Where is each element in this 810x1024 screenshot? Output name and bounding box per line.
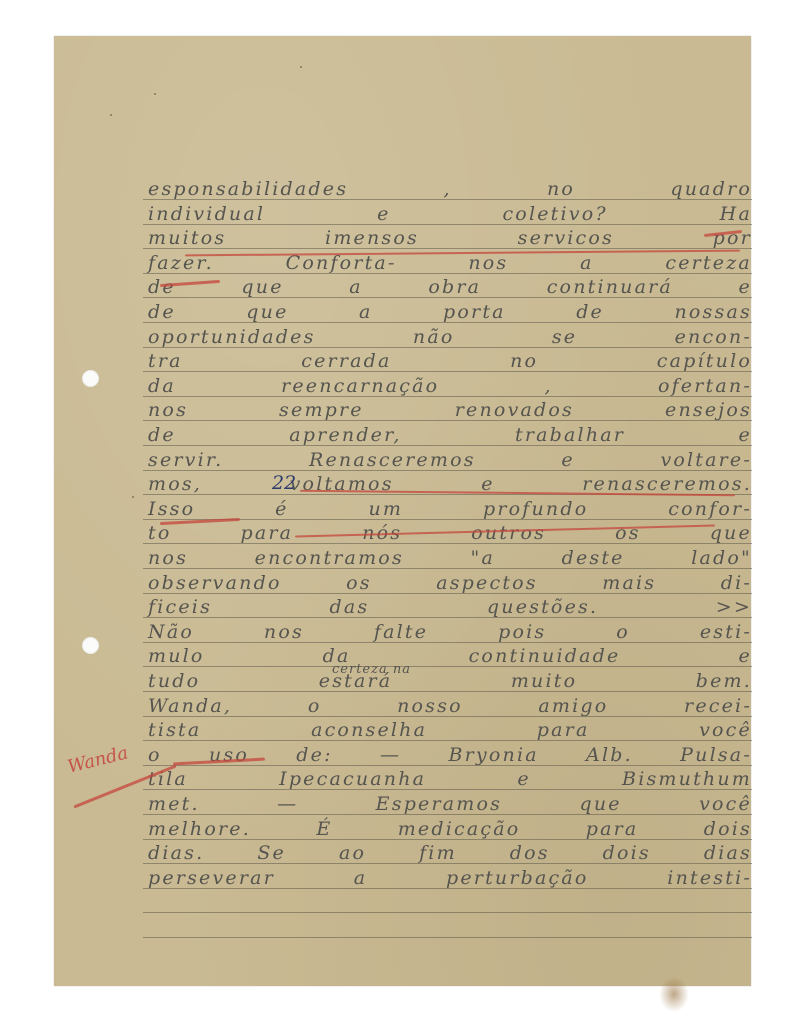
word: tudo — [148, 669, 200, 693]
word: nos — [148, 398, 188, 422]
word: é — [275, 497, 288, 521]
word: — — [380, 743, 401, 767]
word: bem. — [696, 669, 752, 693]
word: muitos — [148, 226, 226, 250]
word: outros — [471, 521, 546, 545]
text-line: tracerradanocapítulo — [148, 349, 752, 373]
word: no — [510, 349, 538, 373]
word: esti- — [700, 620, 752, 644]
word: tista — [148, 718, 201, 742]
text-line: nosencontramos"adestelado" — [148, 546, 752, 570]
word: — — [277, 792, 298, 816]
word: os — [615, 521, 641, 545]
word: Renasceremos — [309, 448, 476, 472]
text-line: tilaIpecacuanhaeBismuthum — [148, 767, 752, 791]
word: intesti- — [667, 866, 752, 890]
word: de — [148, 300, 176, 324]
word: amigo — [538, 694, 608, 718]
word: a — [359, 300, 373, 324]
text-line: tistaaconselhaparavocê — [148, 718, 752, 742]
word: de — [148, 423, 176, 447]
word: Isso — [148, 497, 195, 521]
word: perturbação — [446, 866, 589, 890]
word: sempre — [279, 398, 364, 422]
word: quadro — [670, 177, 752, 201]
word: o — [616, 620, 630, 644]
interlinear-note: certeza na — [332, 662, 411, 677]
text-line: tudoestarámuitobem. — [148, 669, 752, 693]
text-line: observandoosaspectosmaisdi- — [148, 571, 752, 595]
word: recei- — [684, 694, 752, 718]
word: servir. — [148, 448, 223, 472]
word: da — [148, 374, 176, 398]
word: e — [561, 448, 574, 472]
word: obra — [428, 275, 481, 299]
text-line: individualecoletivo?Ha — [148, 202, 752, 226]
word: Bismuthum — [622, 767, 752, 791]
word: deste — [562, 546, 625, 570]
blue-ink-mark: 22 — [272, 472, 296, 494]
text-line: nossemprerenovadosensejos — [148, 398, 752, 422]
word: pois — [498, 620, 546, 644]
word: cerrada — [301, 349, 391, 373]
word: >> — [716, 595, 752, 619]
word: dias — [704, 841, 752, 865]
word: a — [349, 275, 363, 299]
word: , — [545, 374, 553, 398]
word: os — [346, 571, 372, 595]
word: trabalhar — [515, 423, 625, 447]
punch-hole-top — [82, 370, 99, 387]
word: dias. — [148, 841, 204, 865]
text-line: dequeaobracontinuaráe — [148, 275, 752, 299]
text-line: servir.Renasceremosevoltare- — [148, 448, 752, 472]
word: falte — [374, 620, 428, 644]
word: para — [537, 718, 590, 742]
word: que — [241, 275, 283, 299]
word: profundo — [483, 497, 588, 521]
word: "a — [471, 546, 495, 570]
word: você — [699, 792, 752, 816]
word: de — [148, 275, 176, 299]
word: ao — [339, 841, 366, 865]
word: melhore. — [148, 817, 251, 841]
word: observando — [148, 571, 282, 595]
word: mos, — [148, 472, 202, 496]
text-line: perseveraraperturbaçãointesti- — [148, 866, 752, 890]
word: ofertan- — [658, 374, 752, 398]
word: por — [713, 226, 752, 250]
word: dos — [510, 841, 550, 865]
word: fim — [419, 841, 457, 865]
word: individual — [148, 202, 265, 226]
text-line: ficeisdasquestões.>> — [148, 595, 752, 619]
word: para — [586, 817, 639, 841]
punch-hole-bottom — [82, 637, 99, 654]
word: tra — [148, 349, 183, 373]
word: e — [739, 644, 752, 668]
text-line: deaprender,trabalhare — [148, 423, 752, 447]
paper-speck — [154, 93, 156, 95]
word: voltare- — [660, 448, 752, 472]
word: no — [547, 177, 575, 201]
text-line: esponsabilidades,noquadro — [148, 177, 752, 201]
word: capítulo — [657, 349, 752, 373]
word: esponsabilidades — [148, 177, 348, 201]
text-line: melhore.Émedicaçãoparadois — [148, 817, 752, 841]
word: coletivo? — [502, 202, 607, 226]
word: Ipecacuanha — [279, 767, 426, 791]
word: e — [739, 275, 752, 299]
word: e — [739, 423, 752, 447]
word: imensos — [325, 226, 419, 250]
word: reencarnação — [281, 374, 439, 398]
word: nos — [148, 546, 188, 570]
word: Ha — [720, 202, 752, 226]
word: di- — [721, 571, 752, 595]
word: to — [148, 521, 171, 545]
word: Wanda, — [148, 694, 232, 718]
word: a — [580, 251, 594, 275]
word: que — [246, 300, 288, 324]
word: oportunidades — [148, 325, 316, 349]
word: questões. — [487, 595, 598, 619]
word: mais — [602, 571, 656, 595]
word: confor- — [668, 497, 752, 521]
word: medicação — [398, 817, 521, 841]
word: o — [148, 743, 162, 767]
word: servicos — [518, 226, 614, 250]
word: nos — [264, 620, 304, 644]
word: lado" — [691, 546, 752, 570]
paper-speck — [132, 496, 134, 498]
word: dois — [704, 817, 752, 841]
word: e — [517, 767, 530, 791]
word: a — [354, 866, 368, 890]
word: que — [579, 792, 621, 816]
word: Bryonia — [448, 743, 538, 767]
text-line: mulodacontinuidadee — [148, 644, 752, 668]
word: para — [241, 521, 294, 545]
word: muito — [511, 669, 577, 693]
paper-stain — [659, 976, 689, 1012]
word: um — [368, 497, 403, 521]
word: encontramos — [255, 546, 404, 570]
text-line: Nãonosfaltepoisoesti- — [148, 620, 752, 644]
word: É — [316, 817, 332, 841]
word: e — [377, 202, 390, 226]
text-line: Wanda,onossoamigorecei- — [148, 694, 752, 718]
word: certeza — [665, 251, 752, 275]
word: o — [308, 694, 322, 718]
word: nosso — [397, 694, 463, 718]
word: perseverar — [148, 866, 275, 890]
word: ficeis — [148, 595, 212, 619]
text-line: dareencarnação,ofertan- — [148, 374, 752, 398]
text-line: met.—Esperamosquevocê — [148, 792, 752, 816]
word: das — [330, 595, 370, 619]
word: Não — [148, 620, 194, 644]
text-line: dias.Seaofimdosdoisdias — [148, 841, 752, 865]
word: continuidade — [469, 644, 621, 668]
paper-speck — [300, 66, 302, 68]
word: renovados — [455, 398, 574, 422]
word: continuará — [547, 275, 673, 299]
word: aconselha — [311, 718, 427, 742]
word: , — [443, 177, 451, 201]
word: aspectos — [436, 571, 538, 595]
paper-speck — [110, 114, 112, 116]
word: que — [710, 521, 752, 545]
word: porta — [443, 300, 506, 324]
word: encon- — [675, 325, 752, 349]
word: Pulsa- — [680, 743, 752, 767]
word: nossas — [674, 300, 751, 324]
word: não — [413, 325, 455, 349]
text-line: muitosimensosservicospor — [148, 226, 752, 250]
word: aprender, — [289, 423, 401, 447]
word: voltamos — [290, 472, 394, 496]
word: Esperamos — [376, 792, 502, 816]
word: tila — [148, 767, 188, 791]
word: você — [699, 718, 752, 742]
word: mulo — [148, 644, 205, 668]
text-line: ousode:—BryoniaAlb.Pulsa- — [148, 743, 752, 767]
ruled-line — [143, 912, 752, 913]
word: se — [552, 325, 577, 349]
text-line: dequeaportadenossas — [148, 300, 752, 324]
word: dois — [603, 841, 651, 865]
word: de — [576, 300, 604, 324]
word: nos — [468, 251, 508, 275]
text-line: oportunidadesnãoseencon- — [148, 325, 752, 349]
word: Alb. — [586, 743, 633, 767]
word: ensejos — [665, 398, 752, 422]
word: de: — [296, 743, 332, 767]
word: Se — [257, 841, 286, 865]
word: met. — [148, 792, 200, 816]
ruled-line — [143, 937, 752, 938]
